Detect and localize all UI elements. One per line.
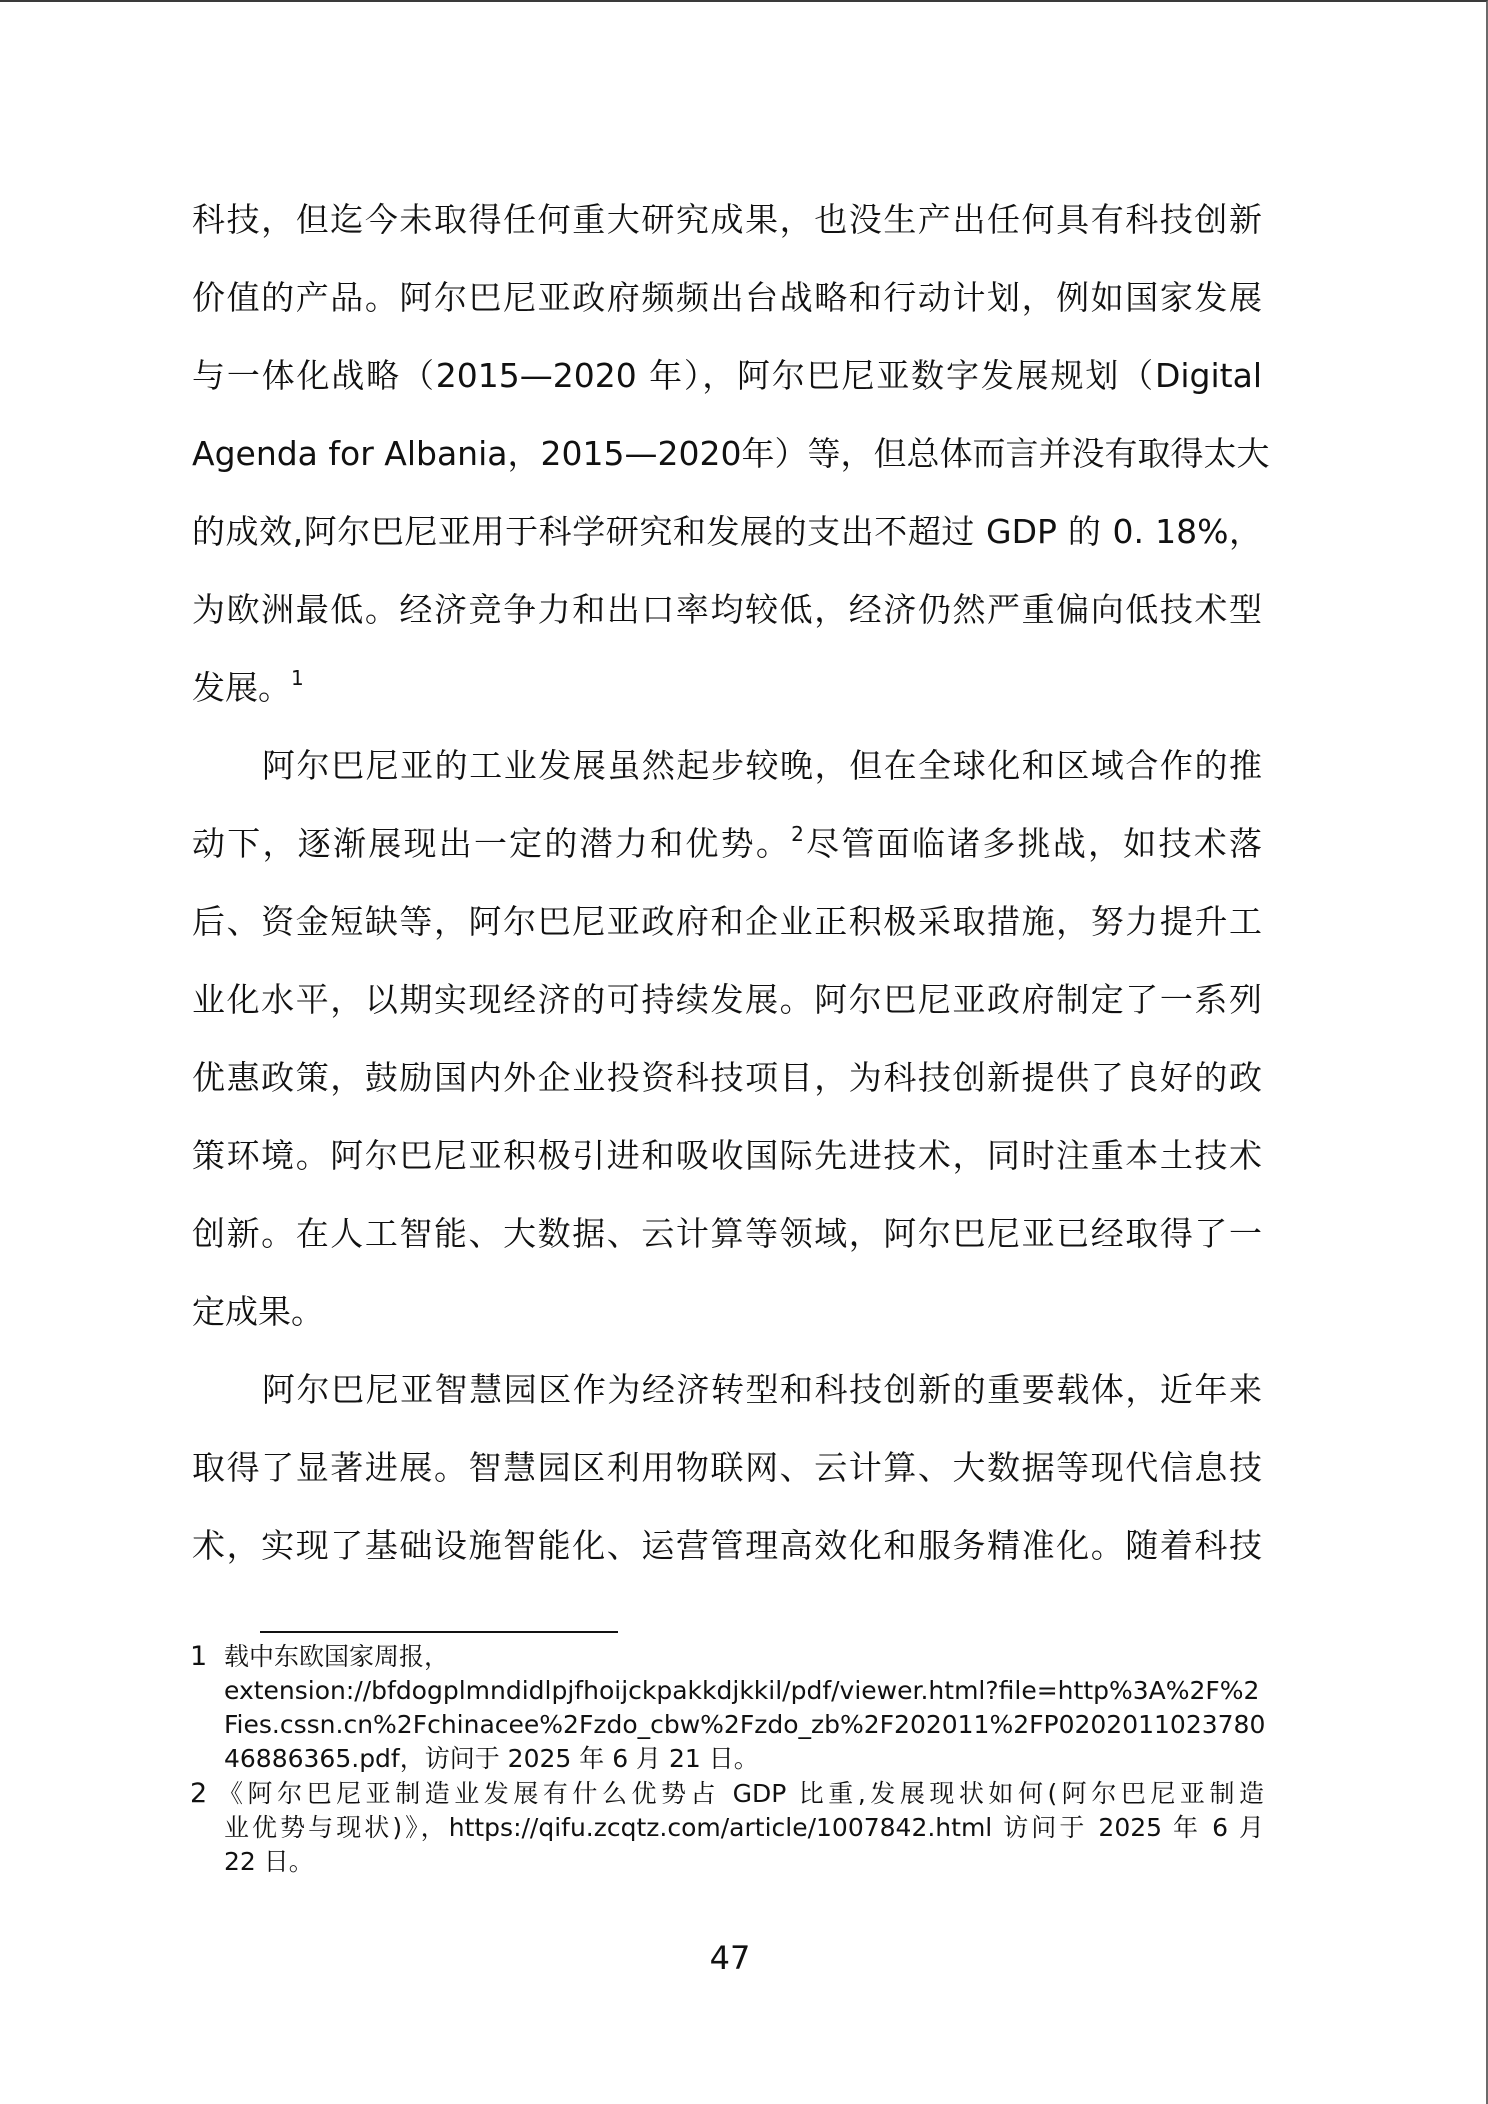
body-text-line: Agenda for Albania，2015—2020年）等，但总体而言并没有… — [192, 432, 1262, 476]
body-text-line: 优惠政策，鼓励国内外企业投资科技项目，为科技创新提供了良好的政 — [192, 1056, 1262, 1100]
body-text-line: 价值的产品。阿尔巴尼亚政府频频出台战略和行动计划，例如国家发展 — [192, 276, 1262, 320]
footnote-text-line: 《阿尔巴尼亚制造业发展有什么优势占 GDP 比重,发展现状如何(阿尔巴尼亚制造 — [218, 1777, 1264, 1811]
body-text-line: 阿尔巴尼亚的工业发展虽然起步较晚，但在全球化和区域合作的推 — [262, 744, 1262, 788]
body-text-line: 后、资金短缺等，阿尔巴尼亚政府和企业正积极采取措施，努力提升工 — [192, 900, 1262, 944]
footnote-text-line: 载中东欧国家周报， — [224, 1640, 1264, 1674]
body-text: 尽管面临诸多挑战，如技术落 — [804, 824, 1262, 863]
body-text-line: 与一体化战略（2015—2020 年），阿尔巴尼亚数字发展规划（Digital — [192, 354, 1262, 398]
page-number: 47 — [0, 1936, 1460, 1980]
footnote-link-line[interactable]: extension://bfdogplmndidlpjfhoijckpakkdj… — [224, 1674, 1264, 1708]
footnote-text-line: 46886365.pdf，访问于 2025 年 6 月 21 日。 — [224, 1742, 1264, 1776]
body-text-line: 术，实现了基础设施智能化、运营管理高效化和服务精准化。随着科技 — [192, 1524, 1262, 1568]
footnote-link-line[interactable]: Fies.cssn.cn%2Fchinacee%2Fzdo_cbw%2Fzdo_… — [224, 1708, 1264, 1742]
body-text-line: 为欧洲最低。经济竞争力和出口率均较低，经济仍然严重偏向低技术型 — [192, 588, 1262, 632]
body-text: 动下，逐渐展现出一定的潜力和优势。 — [192, 824, 791, 863]
body-text-line: 发展。1 — [192, 666, 1262, 710]
body-text-line: 创新。在人工智能、大数据、云计算等领域，阿尔巴尼亚已经取得了一 — [192, 1212, 1262, 1256]
body-text-line: 科技，但迄今未取得任何重大研究成果，也没生产出任何具有科技创新 — [192, 198, 1262, 242]
footnote-link-line[interactable]: 业优势与现状)》，https://qifu.zcqtz.com/article/… — [224, 1811, 1264, 1845]
footnote-reference-1[interactable]: 1 — [291, 666, 304, 690]
footnote-number: 1 — [190, 1640, 218, 1674]
body-text-line: 取得了显著进展。智慧园区利用物联网、云计算、大数据等现代信息技 — [192, 1446, 1262, 1490]
body-text-line: 动下，逐渐展现出一定的潜力和优势。2尽管面临诸多挑战，如技术落 — [192, 822, 1262, 866]
document-page: 科技，但迄今未取得任何重大研究成果，也没生产出任何具有科技创新 价值的产品。阿尔… — [0, 0, 1488, 2104]
body-text-line: 业化水平，以期实现经济的可持续发展。阿尔巴尼亚政府制定了一系列 — [192, 978, 1262, 1022]
body-text-line: 定成果。 — [192, 1290, 1262, 1334]
footnote-separator — [260, 1631, 618, 1633]
body-text-line: 阿尔巴尼亚智慧园区作为经济转型和科技创新的重要载体，近年来 — [262, 1368, 1262, 1412]
body-text-line: 策环境。阿尔巴尼亚积极引进和吸收国际先进技术，同时注重本土技术 — [192, 1134, 1262, 1178]
body-text-line: 的成效,阿尔巴尼亚用于科学研究和发展的支出不超过 GDP 的 0. 18%， — [192, 510, 1262, 554]
footnote-text-line: 22 日。 — [224, 1845, 1264, 1879]
body-text: 发展。 — [192, 668, 291, 707]
footnote-number: 2 — [190, 1777, 218, 1811]
footnote-reference-2[interactable]: 2 — [791, 822, 804, 846]
